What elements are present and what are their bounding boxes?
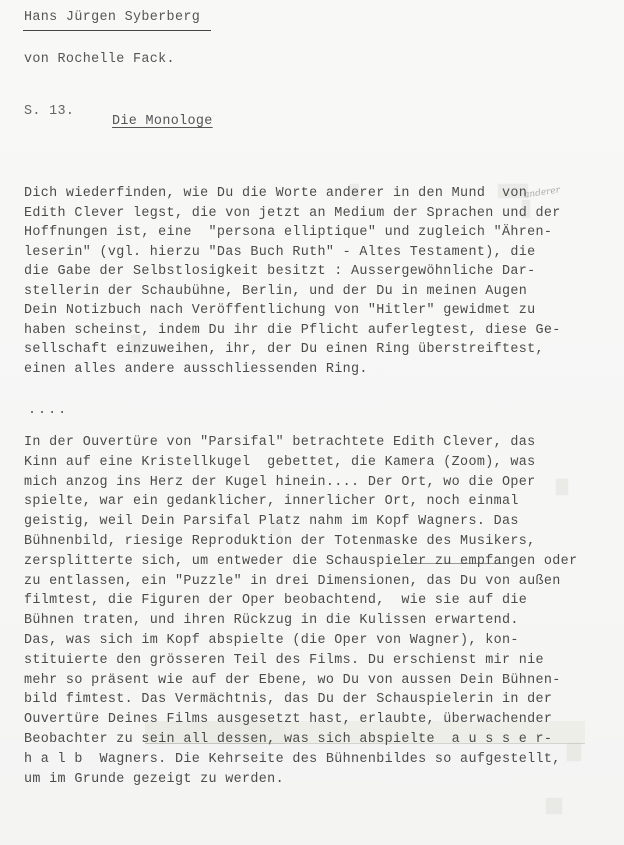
text-line: die Gabe der Selbstlosigkeit besitzt : A… — [24, 262, 561, 282]
text-line: stituierte den grösseren Teil des Films.… — [24, 651, 577, 671]
paragraph-2: In der Ouvertüre von "Parsifal" betracht… — [24, 433, 577, 789]
page-reference: S. 13. — [24, 104, 74, 120]
section-title: Die Monologe — [112, 114, 213, 130]
author-name: Hans Jürgen Syberberg — [24, 10, 200, 26]
ellipsis-separator: .... — [28, 403, 68, 419]
text-line: um im Grunde gezeigt zu werden. — [24, 770, 577, 790]
text-line: mehr so präsent wie auf der Ebene, wo Du… — [24, 671, 577, 691]
text-line: haben scheinst, indem Du ihr die Pflicht… — [24, 321, 561, 341]
author-underline — [23, 30, 211, 31]
text-line: Bühnen traten, und ihren Rückzug in die … — [24, 611, 577, 631]
paragraph-1: Dich wiederfinden, wie Du die Worte ande… — [24, 184, 561, 379]
text-line: Hoffnungen ist, eine "persona elliptique… — [24, 223, 561, 243]
text-line: sellschaft einzuweihen, ihr, der Du eine… — [24, 340, 561, 360]
text-line: einen alles andere ausschliessenden Ring… — [24, 360, 561, 380]
text-line: Beobachter zu sein all dessen, was sich … — [24, 730, 577, 750]
text-line: Ouvertüre Deines Films ausgesetzt hast, … — [24, 710, 577, 730]
text-line: mich anzog ins Herz der Kugel hinein....… — [24, 473, 577, 493]
correction-tape-patch — [546, 798, 562, 814]
text-line: stellerin der Schaubühne, Berlin, und de… — [24, 282, 561, 302]
text-line: zersplitterte sich, um entweder die Scha… — [24, 552, 577, 572]
text-line: h a l b Wagners. Die Kehrseite des Bühne… — [24, 750, 577, 770]
text-line: leserin" (vgl. hierzu "Das Buch Ruth" - … — [24, 243, 561, 263]
typewritten-page: Hans Jürgen Syberberg von Rochelle Fack.… — [0, 0, 624, 845]
text-line: bild fimtest. Das Vermächtnis, das Du de… — [24, 690, 577, 710]
text-line: spielte, war ein gedanklicher, innerlich… — [24, 492, 577, 512]
text-line: Das, was sich im Kopf abspielte (die Ope… — [24, 631, 577, 651]
text-line: geistig, weil Dein Parsifal Platz nahm i… — [24, 512, 577, 532]
text-line: Bühnenbild, riesige Reproduktion der Tot… — [24, 532, 577, 552]
text-line: Dich wiederfinden, wie Du die Worte ande… — [24, 184, 561, 204]
text-line: Dein Notizbuch nach Veröffentlichung von… — [24, 301, 561, 321]
text-line: Edith Clever legst, die von jetzt an Med… — [24, 204, 561, 224]
text-line: filmtest, die Figuren der Oper beobachte… — [24, 591, 577, 611]
text-line: zu entlassen, ein "Puzzle" in drei Dimen… — [24, 572, 577, 592]
text-line: In der Ouvertüre von "Parsifal" betracht… — [24, 433, 577, 453]
text-line: Kinn auf eine Kristellkugel gebettet, di… — [24, 453, 577, 473]
byline: von Rochelle Fack. — [24, 52, 175, 68]
